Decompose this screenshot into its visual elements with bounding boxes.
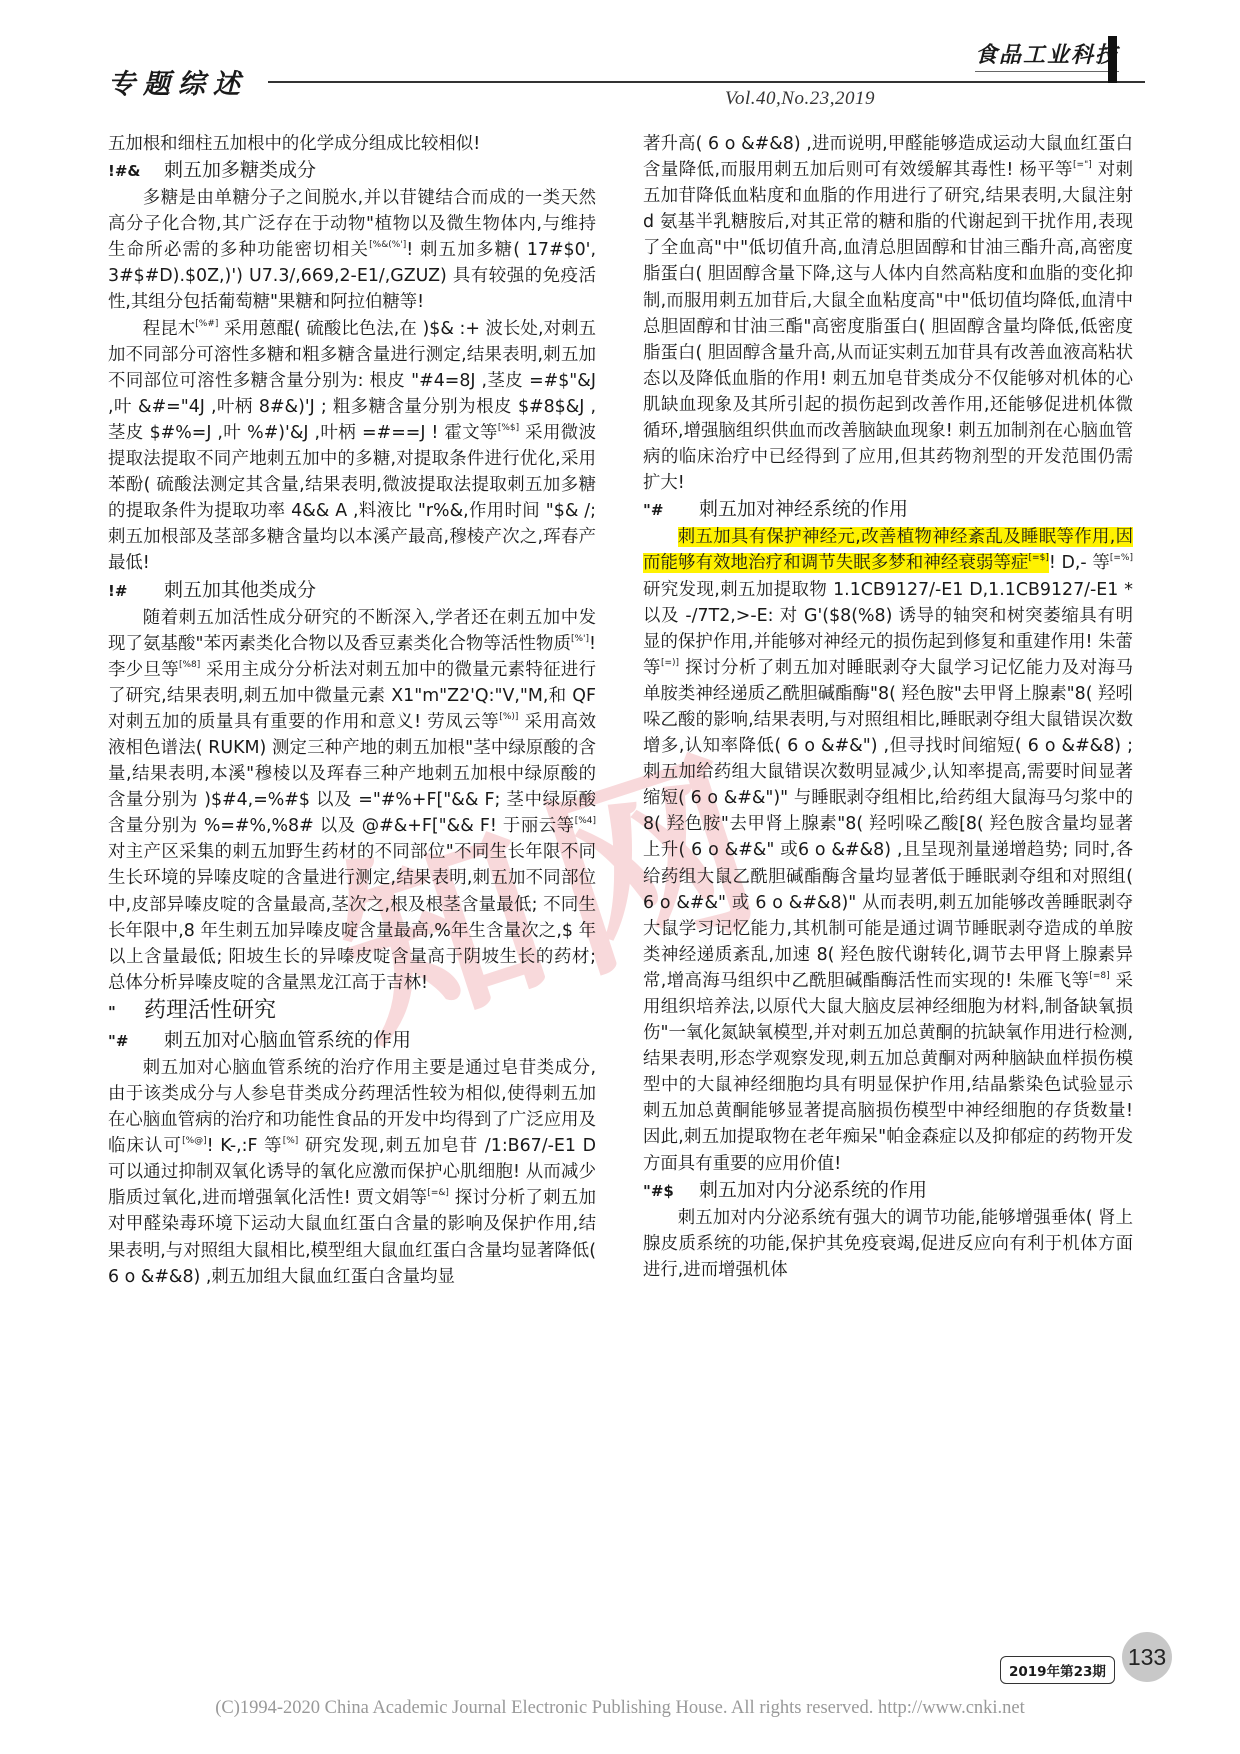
citation[interactable]: [%'] [571,634,589,644]
section-title: 药理活性研究 [144,998,276,1023]
section-heading-polysaccharides: !#&刺五加多糖类成分 [108,157,596,185]
left-column: 五加根和细柱五加根中的化学成分组成比较相似! !#&刺五加多糖类成分 多糖是由单… [108,131,596,1290]
section-title: 刺五加多糖类成分 [164,159,316,181]
citation[interactable]: [%4] [575,816,596,826]
paragraph: 刺五加对心脑血管系统的治疗作用主要是通过皂苷类成分,由于该类成分与人参皂苷类成分… [108,1055,596,1290]
header-bar [1108,36,1117,83]
citation[interactable]: [=&] [427,1188,449,1198]
citation[interactable]: [=%] [1110,553,1133,563]
page-number: 133 [1122,1632,1172,1682]
citation[interactable]: [%$] [498,423,519,433]
citation[interactable]: [="] [1073,160,1092,170]
citation[interactable]: [%@] [182,1136,207,1146]
citation[interactable]: [=)] [661,658,679,668]
section-number: "# [643,497,699,524]
section-title: 刺五加对内分泌系统的作用 [699,1179,927,1201]
journal-name: 食品工业科技 [975,38,1119,72]
section-title: 刺五加对心脑血管系统的作用 [164,1029,411,1051]
section-label: 专题综述 [108,62,248,101]
issue-badge: 2019年第23期 [1000,1656,1115,1684]
section-number: "# [108,1028,164,1055]
volume-info: Vol.40,No.23,2019 [725,88,875,110]
citation[interactable]: [=8] [1089,971,1109,981]
copyright-notice: (C)1994-2020 China Academic Journal Elec… [0,1698,1240,1719]
citation[interactable]: [%] [283,1136,299,1146]
section-number: !# [108,578,164,605]
section-heading-pharmacology: "药理活性研究 [108,996,596,1027]
citation[interactable]: [%)] [499,712,518,722]
section-number: " [108,997,144,1027]
section-heading-cardiovascular: "#刺五加对心脑血管系统的作用 [108,1027,596,1055]
paragraph: 刺五加对内分泌系统有强大的调节功能,能够增强垂体( 肾上腺皮质系统的功能,保护其… [643,1205,1133,1283]
paragraph: 著升高( 6 o &#&8) ,进而说明,甲醛能够造成运动大鼠血红蛋白含量降低,… [643,131,1133,496]
section-heading-nervous-system: "#刺五加对神经系统的作用 [643,496,1133,524]
paragraph: 刺五加具有保护神经元,改善植物神经紊乱及睡眠等作用,因而能够有效地治疗和调节失眠… [643,524,1133,1176]
citation[interactable]: [=$] [1029,553,1049,563]
paragraph: 多糖是由单糖分子之间脱水,并以苷键结合而成的一类天然高分子化合物,其广泛存在于动… [108,185,596,315]
paragraph: 程昆木[%#] 采用蒽醌( 硫酸比色法,在 )$& :+ 波长处,对刺五加不同部… [108,316,596,577]
section-title: 刺五加对神经系统的作用 [699,498,908,520]
paragraph: 五加根和细柱五加根中的化学成分组成比较相似! [108,131,596,157]
section-heading-endocrine: "#$刺五加对内分泌系统的作用 [643,1177,1133,1205]
right-column: 著升高( 6 o &#&8) ,进而说明,甲醛能够造成运动大鼠血红蛋白含量降低,… [643,131,1133,1283]
section-title: 刺五加其他类成分 [164,579,316,601]
header-rule [268,81,1145,83]
paragraph: 随着刺五加活性成分研究的不断深入,学者还在刺五加中发现了氨基酸"苯丙素类化合物以… [108,605,596,996]
section-number: !#& [108,158,164,185]
section-heading-other-components: !#刺五加其他类成分 [108,577,596,605]
citation[interactable]: [%#] [195,319,218,329]
citation[interactable]: [%&(%'] [369,240,406,250]
section-number: "#$ [643,1178,699,1205]
citation[interactable]: [%8] [179,660,200,670]
